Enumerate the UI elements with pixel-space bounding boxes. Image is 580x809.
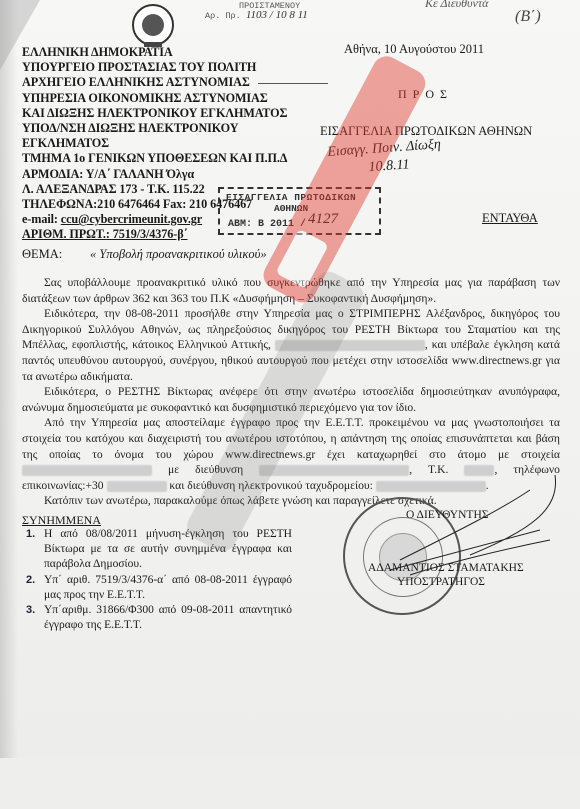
redacted-text [275, 340, 425, 351]
attachment-item: 2.Υπ΄ αριθ. 7519/3/4376-α΄ από 08-08-201… [22, 573, 292, 603]
email-label: e-mail: [22, 212, 61, 226]
attachment-number: 2. [26, 573, 35, 588]
pen-stroke [258, 83, 328, 84]
document-date: Αθήνα, 10 Αυγούστου 2011 [344, 42, 484, 57]
paragraph-text: Από την Υπηρεσία μας αποστείλαμε έγγραφο… [22, 416, 560, 460]
intake-stamp: ΠΡΟΙΣΤΑΜΕΝΟΥ Αρ. Πρ. 1103 / 10 8 11 [205, 2, 308, 21]
attachment-item: 3.Υπ΄αριθμ. 31866/Φ300 από 09-08-2011 απ… [22, 603, 292, 633]
paragraph-text: με διεύθυνση [168, 463, 243, 476]
attachment-text: Υπ΄αριθμ. 31866/Φ300 από 09-08-2011 απαν… [44, 604, 292, 631]
prosecutor-receipt-stamp: ΕΙΣΑΓΓΕΛΙΑ ΠΡΩΤΟΔΙΚΩΝ ΑΘΗΝΩΝ ΑΒΜ: Β 2011… [218, 187, 381, 235]
handwritten-mark: (Β΄) [515, 8, 541, 26]
attachment-item: 1.Η από 08/08/2011 μήνυση-έγκληση του ΡΕ… [22, 527, 292, 573]
header-line: ΑΡΜΟΔΙΑ: Υ/Α΄ ΓΑΛΑΝΗ Όλγα [22, 167, 328, 182]
paragraph: Ειδικότερα, την 08-08-2011 προσήλθε στην… [22, 306, 560, 384]
header-line: ΑΡΧΗΓΕΙΟ ΕΛΛΗΝΙΚΗΣ ΑΣΤΥΝΟΜΙΑΣ [22, 75, 250, 89]
location-note: ΕΝΤΑΥΘΑ [482, 211, 538, 226]
paragraph: Ειδικότερα, ο ΡΕΣΤΗΣ Βίκτωρας ανέφερε ότ… [22, 384, 560, 415]
intake-stamp-label: Αρ. Πρ. [205, 11, 241, 21]
to-label: Π Ρ Ο Σ [398, 87, 449, 102]
redacted-text [107, 481, 167, 492]
header-line: ΥΠΟΔ/ΝΣΗ ΔΙΩΞΗΣ ΗΛΕΚΤΡΟΝΙΚΟΥ [22, 121, 328, 136]
handwritten-annotation: Εισαγγ. Ποιν. Δίωξη 10.8.11 [327, 136, 443, 180]
header-line: ΕΛΛΗΝΙΚΗ ΔΗΜΟΚΡΑΤΙΑ [22, 45, 328, 60]
handwritten-top-note: Κε Διευθυντά [425, 0, 488, 11]
subject-label: ΘΕΜΑ: [22, 247, 62, 261]
signature-scribble-icon [380, 470, 580, 580]
intake-stamp-value: 1103 / 10 8 11 [246, 9, 308, 21]
subject-text: « Υποβολή προανακριτικού υλικού» [90, 247, 267, 262]
subject-line: ΘΕΜΑ: « Υποβολή προανακριτικού υλικού» [22, 247, 62, 262]
police-emblem-icon [132, 4, 174, 46]
paragraph: Σας υποβάλλουμε προανακριτικό υλικό που … [22, 275, 560, 306]
header-line: ΤΜΗΜΑ 1ο ΓΕΝΙΚΩΝ ΥΠΟΘΕΣΕΩΝ ΚΑΙ Π.Π.Δ [22, 151, 328, 166]
attachment-text: Η από 08/08/2011 μήνυση-έγκληση του ΡΕΣΤ… [44, 528, 292, 570]
attachment-number: 3. [26, 603, 35, 618]
header-line: ΕΓΚΛΗΜΑΤΟΣ [22, 136, 328, 151]
stamp-line: ΑΘΗΝΩΝ [274, 203, 308, 214]
page-bottom-band [0, 758, 580, 809]
attachment-number: 1. [26, 527, 35, 542]
header-line: ΥΠΟΥΡΓΕΙΟ ΠΡΟΣΤΑΣΙΑΣ ΤΟΥ ΠΟΛΙΤΗ [22, 60, 328, 75]
stamp-line: ΑΒΜ: Β 2011 / [228, 219, 306, 230]
stamp-line: ΕΙΣΑΓΓΕΛΙΑ ΠΡΩΤΟΔΙΚΩΝ [226, 192, 356, 203]
header-line: ΚΑΙ ΔΙΩΞΗΣ ΗΛΕΚΤΡΟΝΙΚΟΥ ΕΓΚΛΗΜΑΤΟΣ [22, 106, 328, 121]
header-line: ΥΠΗΡΕΣΙΑ ΟΙΚΟΝΟΜΙΚΗΣ ΑΣΤΥΝΟΜΙΑΣ [22, 91, 328, 106]
attachments-list: 1.Η από 08/08/2011 μήνυση-έγκληση του ΡΕ… [22, 527, 292, 633]
stamp-number: 4127 [308, 211, 338, 228]
scan-shadow [0, 0, 18, 809]
redacted-text [22, 465, 152, 476]
attachments-title: ΣΥΝΗΜΜΕΝΑ [22, 513, 101, 528]
paragraph-text: και διεύθυνση ηλεκτρονικού ταχυδρομείου: [169, 479, 372, 492]
email-link[interactable]: ccu@cybercrimeunit.gov.gr [61, 212, 202, 226]
attachment-text: Υπ΄ αριθ. 7519/3/4376-α΄ από 08-08-2011 … [44, 574, 292, 601]
scanned-document-page: ΠΡΟΙΣΤΑΜΕΝΟΥ Αρ. Πρ. 1103 / 10 8 11 Κε Δ… [0, 0, 580, 809]
